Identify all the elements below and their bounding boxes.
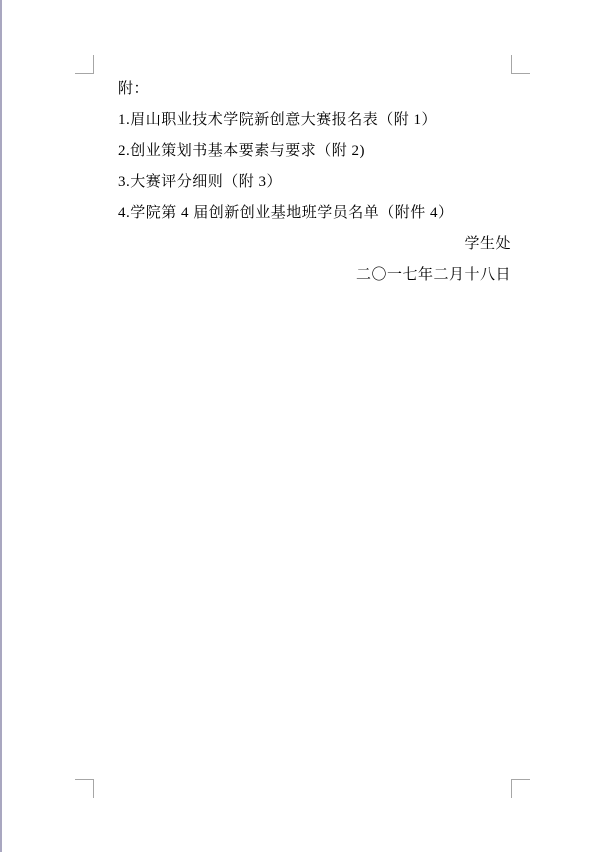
text-boundary-mark-top-left [75,55,94,74]
text-boundary-mark-bottom-left [75,779,94,798]
document-page[interactable]: 附： 1.眉山职业技术学院新创意大赛报名表（附 1） 2.创业策划书基本要素与要… [0,0,604,852]
attachment-item-1: 1.眉山职业技术学院新创意大赛报名表（附 1） [118,105,511,136]
attachment-item-2: 2.创业策划书基本要素与要求（附 2) [118,136,511,167]
attachments-heading: 附： [118,74,511,105]
text-boundary-mark-top-right [511,55,530,74]
left-edge-line [0,0,2,852]
document-body: 附： 1.眉山职业技术学院新创意大赛报名表（附 1） 2.创业策划书基本要素与要… [118,74,511,291]
signature-department: 学生处 [118,229,511,260]
attachment-item-3: 3.大赛评分细则（附 3） [118,167,511,198]
signature-date: 二〇一七年二月十八日 [118,260,511,291]
text-boundary-mark-bottom-right [511,779,530,798]
attachment-item-4: 4.学院第 4 届创新创业基地班学员名单（附件 4） [118,198,511,229]
